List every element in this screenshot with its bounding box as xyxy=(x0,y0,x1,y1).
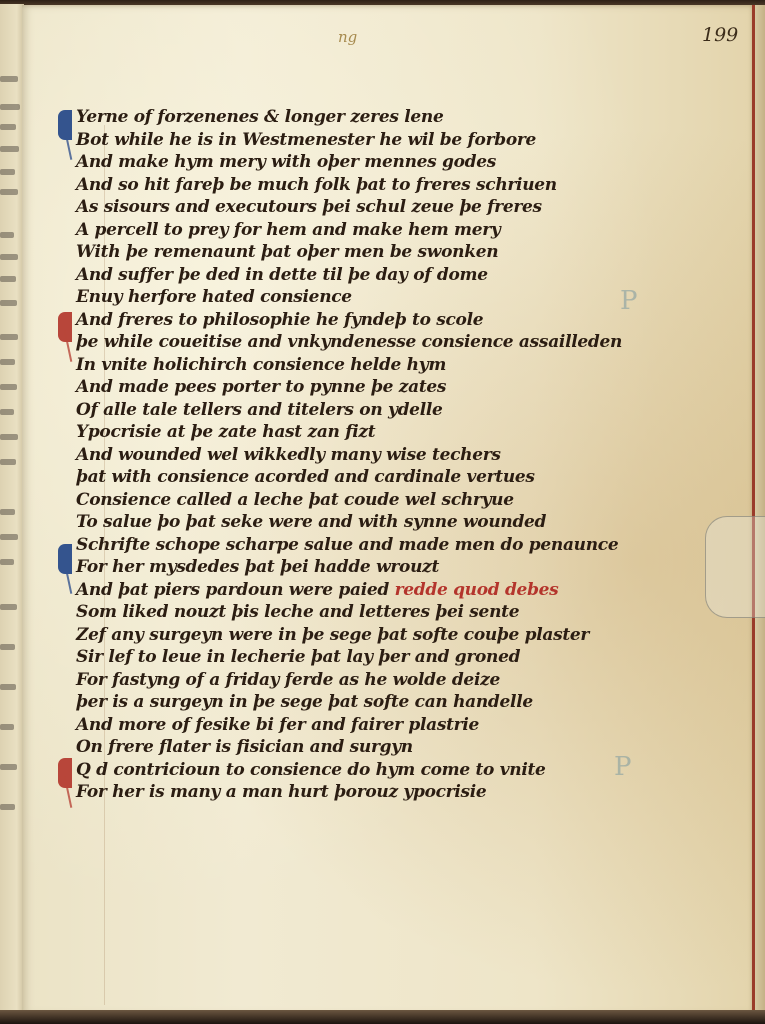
manuscript-text-block: Yerne of forzenenes & longer zeres lene … xyxy=(76,106,676,804)
text-line: And make hym mery with oþer mennes godes xyxy=(76,151,676,174)
facing-text-fragment xyxy=(0,434,18,440)
text-line: þat with consience acorded and cardinale… xyxy=(76,466,676,489)
text-line: þe while coueitise and vnkyndenesse cons… xyxy=(76,331,676,354)
text-line: And made pees porter to pynne þe zates xyxy=(76,376,676,399)
text-line: And freres to philosophie he fyndeþ to s… xyxy=(76,309,676,332)
text-line: To salue þo þat seke were and with synne… xyxy=(76,511,676,534)
next-leaf-edge xyxy=(755,5,765,1015)
paraph-mark-blue xyxy=(58,110,72,140)
facing-text-fragment xyxy=(0,684,16,690)
facing-text-fragment xyxy=(0,604,17,610)
text-line: On frere flater is fisician and surgyn xyxy=(76,736,676,759)
text-line: In vnite holichirch consience helde hym xyxy=(76,354,676,377)
facing-text-fragment xyxy=(0,124,16,130)
rubric-text: redde quod debes xyxy=(395,580,559,600)
facing-text-fragment xyxy=(0,189,18,195)
paraph-mark-red xyxy=(58,312,72,342)
text-line: For fastyng of a friday ferde as he wold… xyxy=(76,669,676,692)
facing-text-fragment xyxy=(0,104,20,110)
text-line: Som liked nouzt þis leche and letteres þ… xyxy=(76,601,676,624)
book-bottom-edge xyxy=(0,1010,765,1024)
paraph-mark-blue xyxy=(58,544,72,574)
text-line: Ypocrisie at þe zate hast zan fizt xyxy=(76,421,676,444)
text-line: Yerne of forzenenes & longer zeres lene xyxy=(76,106,676,129)
facing-text-fragment xyxy=(0,534,18,540)
text-line-main: And þat piers pardoun were paied xyxy=(76,580,389,600)
facing-text-fragment xyxy=(0,169,15,175)
facing-text-fragment xyxy=(0,232,14,238)
text-line: And wounded wel wikkedly many wise teche… xyxy=(76,444,676,467)
text-line: Schrifte schope scharpe salue and made m… xyxy=(76,534,676,557)
facing-text-fragment xyxy=(0,724,14,730)
text-line: Zef any surgeyn were in þe sege þat soft… xyxy=(76,624,676,647)
facing-text-fragment xyxy=(0,409,14,415)
text-line: For her mysdedes þat þei hadde wrouzt xyxy=(76,556,676,579)
facing-text-fragment xyxy=(0,146,19,152)
text-line: Consience called a leche þat coude wel s… xyxy=(76,489,676,512)
facing-text-fragment xyxy=(0,359,15,365)
text-line: As sisours and executours þei schul zeue… xyxy=(76,196,676,219)
text-line: For her is many a man hurt þorouz ypocri… xyxy=(76,781,676,804)
facing-text-fragment xyxy=(0,334,18,340)
page-clip-tab xyxy=(705,516,765,618)
facing-text-fragment xyxy=(0,559,14,565)
facing-text-fragment xyxy=(0,300,17,306)
text-line: And suffer þe ded in dette til þe day of… xyxy=(76,264,676,287)
text-line: And þat piers pardoun were paied redde q… xyxy=(76,579,676,602)
facing-text-fragment xyxy=(0,459,16,465)
facing-text-fragment xyxy=(0,254,18,260)
text-line: Bot while he is in Westmenester he wil b… xyxy=(76,129,676,152)
text-line: And more of fesike bi fer and fairer pla… xyxy=(76,714,676,737)
facing-text-fragment xyxy=(0,764,17,770)
text-line: Of alle tale tellers and titelers on yde… xyxy=(76,399,676,422)
text-line: And so hit fareþ be much folk þat to fre… xyxy=(76,174,676,197)
text-line: With þe remenaunt þat oþer men be swonke… xyxy=(76,241,676,264)
facing-text-fragment xyxy=(0,509,15,515)
paraph-mark-red xyxy=(58,758,72,788)
text-line: Enuy herfore hated consience xyxy=(76,286,676,309)
facing-page-edge xyxy=(0,4,24,1020)
text-line: A percell to prey for hem and make hem m… xyxy=(76,219,676,242)
folio-number: 199 xyxy=(702,24,738,46)
facing-text-fragment xyxy=(0,644,15,650)
facing-text-fragment xyxy=(0,276,16,282)
quire-mark: ng xyxy=(338,28,357,46)
text-line: Q d contricioun to consience do hym come… xyxy=(76,759,676,782)
facing-text-fragment xyxy=(0,804,15,810)
text-line: þer is a surgeyn in þe sege þat softe ca… xyxy=(76,691,676,714)
text-line: Sir lef to leue in lecherie þat lay þer … xyxy=(76,646,676,669)
facing-text-fragment xyxy=(0,384,17,390)
facing-text-fragment xyxy=(0,76,18,82)
